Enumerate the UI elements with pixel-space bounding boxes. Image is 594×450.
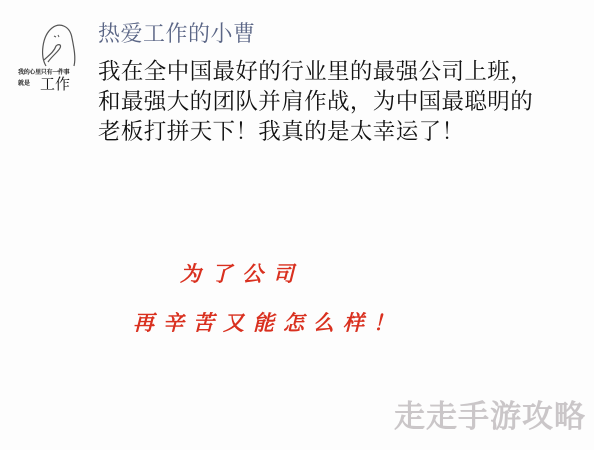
avatar-caption-big: 工作 (40, 73, 70, 94)
avatar[interactable]: 我的心里只有一件事 就是 工作 (8, 12, 88, 92)
avatar-caption-line2: 就是 (18, 78, 30, 87)
message-text: 我在全中国最好的行业里的最强公司上班，和最强大的团队并肩作战，为中国最聪明的老板… (98, 57, 548, 147)
calligraphy-line1: 为了公司 (180, 258, 304, 288)
watermark: 走走手游攻略 (394, 391, 586, 436)
calligraphy-line2: 再辛苦又能怎么样！ (133, 307, 403, 337)
sender-name[interactable]: 热爱工作的小曹 (98, 17, 256, 48)
cartoon-figure-icon (32, 22, 82, 68)
